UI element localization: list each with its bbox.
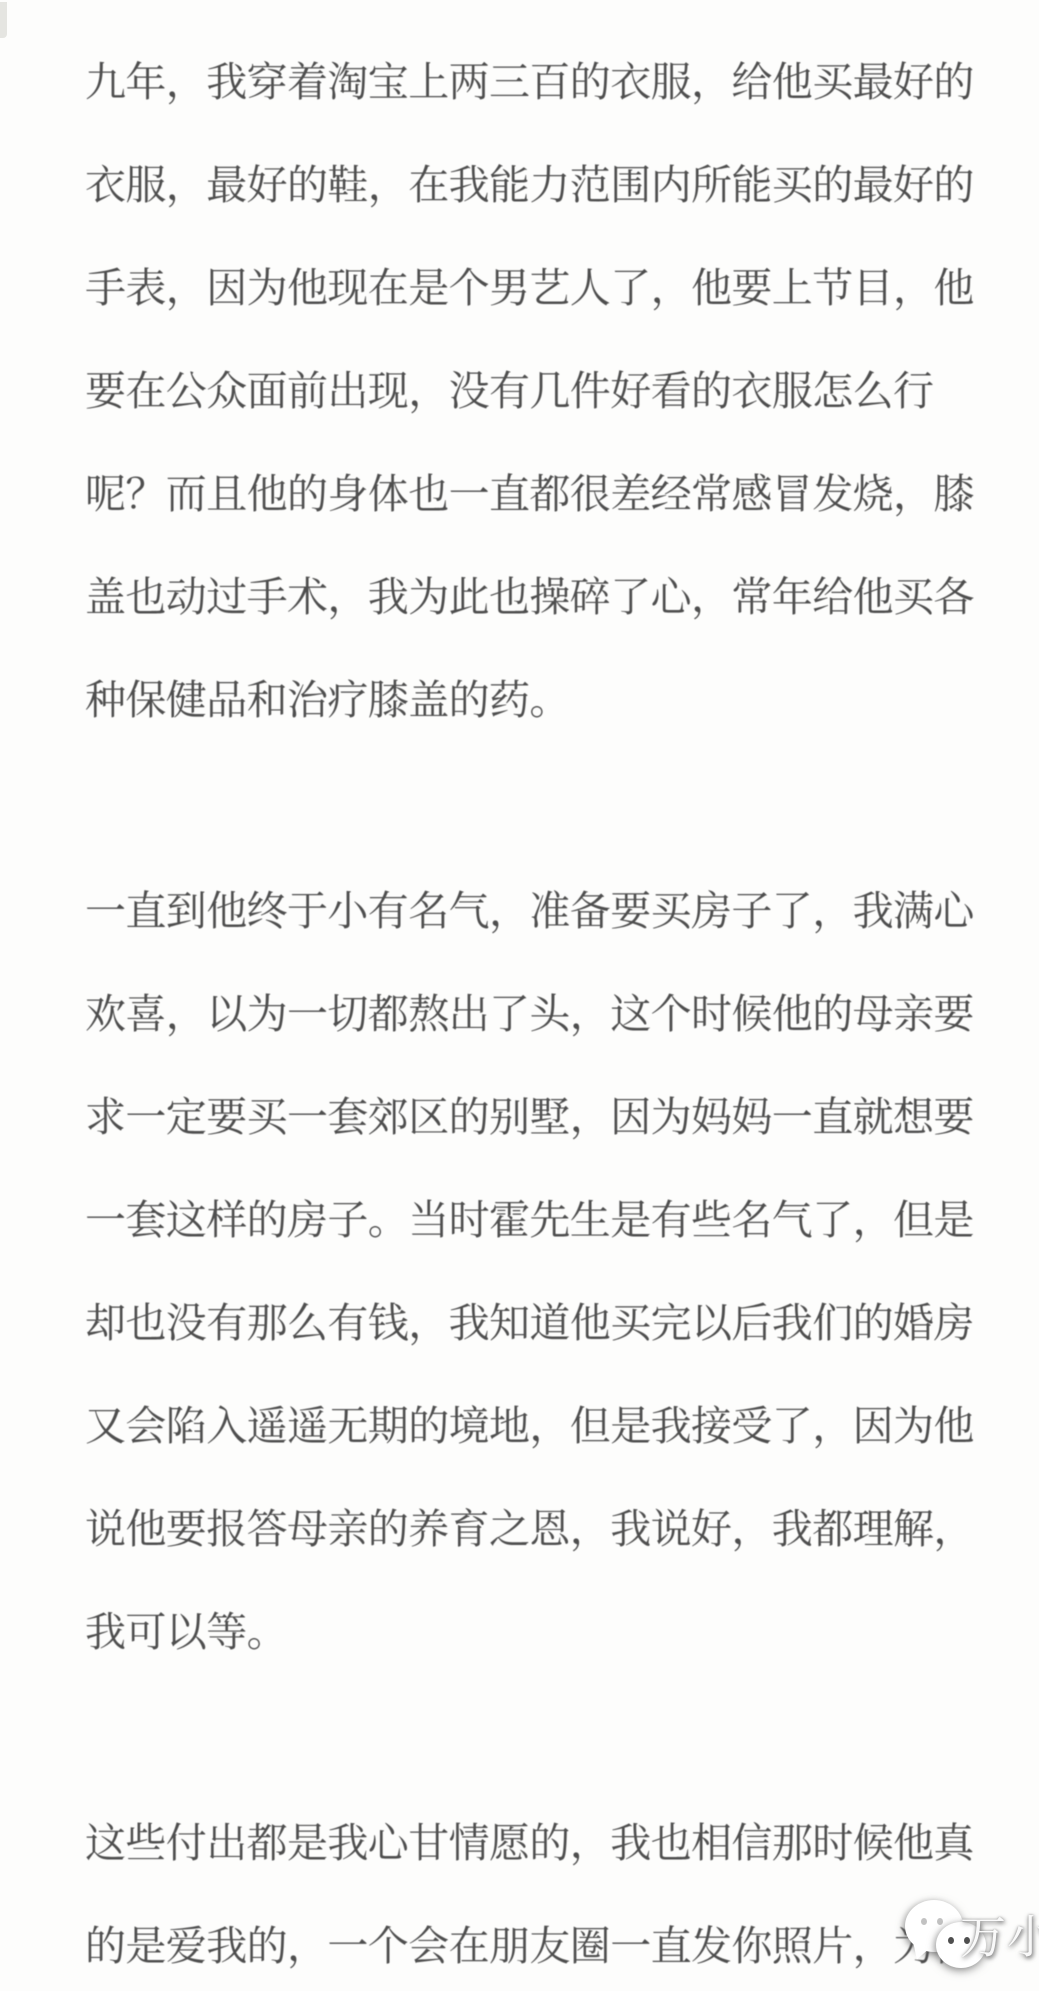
text-line: 手表，因为他现在是个男艺人了，他要上节目，他: [85, 237, 1039, 340]
article-page: 九年，我穿着淘宝上两三百的衣服，给他买最好的衣服，最好的鞋，在我能力范围内所能买…: [0, 0, 1039, 1991]
text-line: 一直到他终于小有名气，准备要买房子了，我满心: [85, 860, 1039, 963]
text-line: 说他要报答母亲的养育之恩，我说好，我都理解，: [85, 1478, 1039, 1581]
text-line: 却也没有那么有钱，我知道他买完以后我们的婚房: [85, 1272, 1039, 1375]
text-line: 衣服，最好的鞋，在我能力范围内所能买的最好的: [85, 134, 1039, 237]
text-line: 一套这样的房子。当时霍先生是有些名气了，但是: [85, 1169, 1039, 1272]
paragraph: 一直到他终于小有名气，准备要买房子了，我满心欢喜，以为一切都熬出了头，这个时候他…: [85, 860, 1039, 1684]
article-body: 九年，我穿着淘宝上两三百的衣服，给他买最好的衣服，最好的鞋，在我能力范围内所能买…: [0, 0, 1039, 1991]
paragraph: 九年，我穿着淘宝上两三百的衣服，给他买最好的衣服，最好的鞋，在我能力范围内所能买…: [85, 31, 1039, 752]
text-line: 欢喜，以为一切都熬出了头，这个时候他的母亲要: [85, 963, 1039, 1066]
text-line: 盖也动过手术，我为此也操碎了心，常年给他买各: [85, 546, 1039, 649]
text-line: 九年，我穿着淘宝上两三百的衣服，给他买最好的: [85, 31, 1039, 134]
text-line: 求一定要买一套郊区的别墅，因为妈妈一直就想要: [85, 1066, 1039, 1169]
text-line: 要在公众面前出现，没有几件好看的衣服怎么行: [85, 340, 1039, 443]
text-line: 的是爱我的，一个会在朋友圈一直发你照片，为你: [85, 1895, 1039, 1991]
text-line: 又会陷入遥遥无期的境地，但是我接受了，因为他: [85, 1375, 1039, 1478]
text-line: 呢？而且他的身体也一直都很差经常感冒发烧，膝: [85, 443, 1039, 546]
text-line: 这些付出都是我心甘情愿的，我也相信那时候他真: [85, 1792, 1039, 1895]
paragraph: 这些付出都是我心甘情愿的，我也相信那时候他真的是爱我的，一个会在朋友圈一直发你照…: [85, 1792, 1039, 1991]
text-line: 我可以等。: [85, 1581, 1039, 1684]
text-line: 种保健品和治疗膝盖的药。: [85, 649, 1039, 752]
